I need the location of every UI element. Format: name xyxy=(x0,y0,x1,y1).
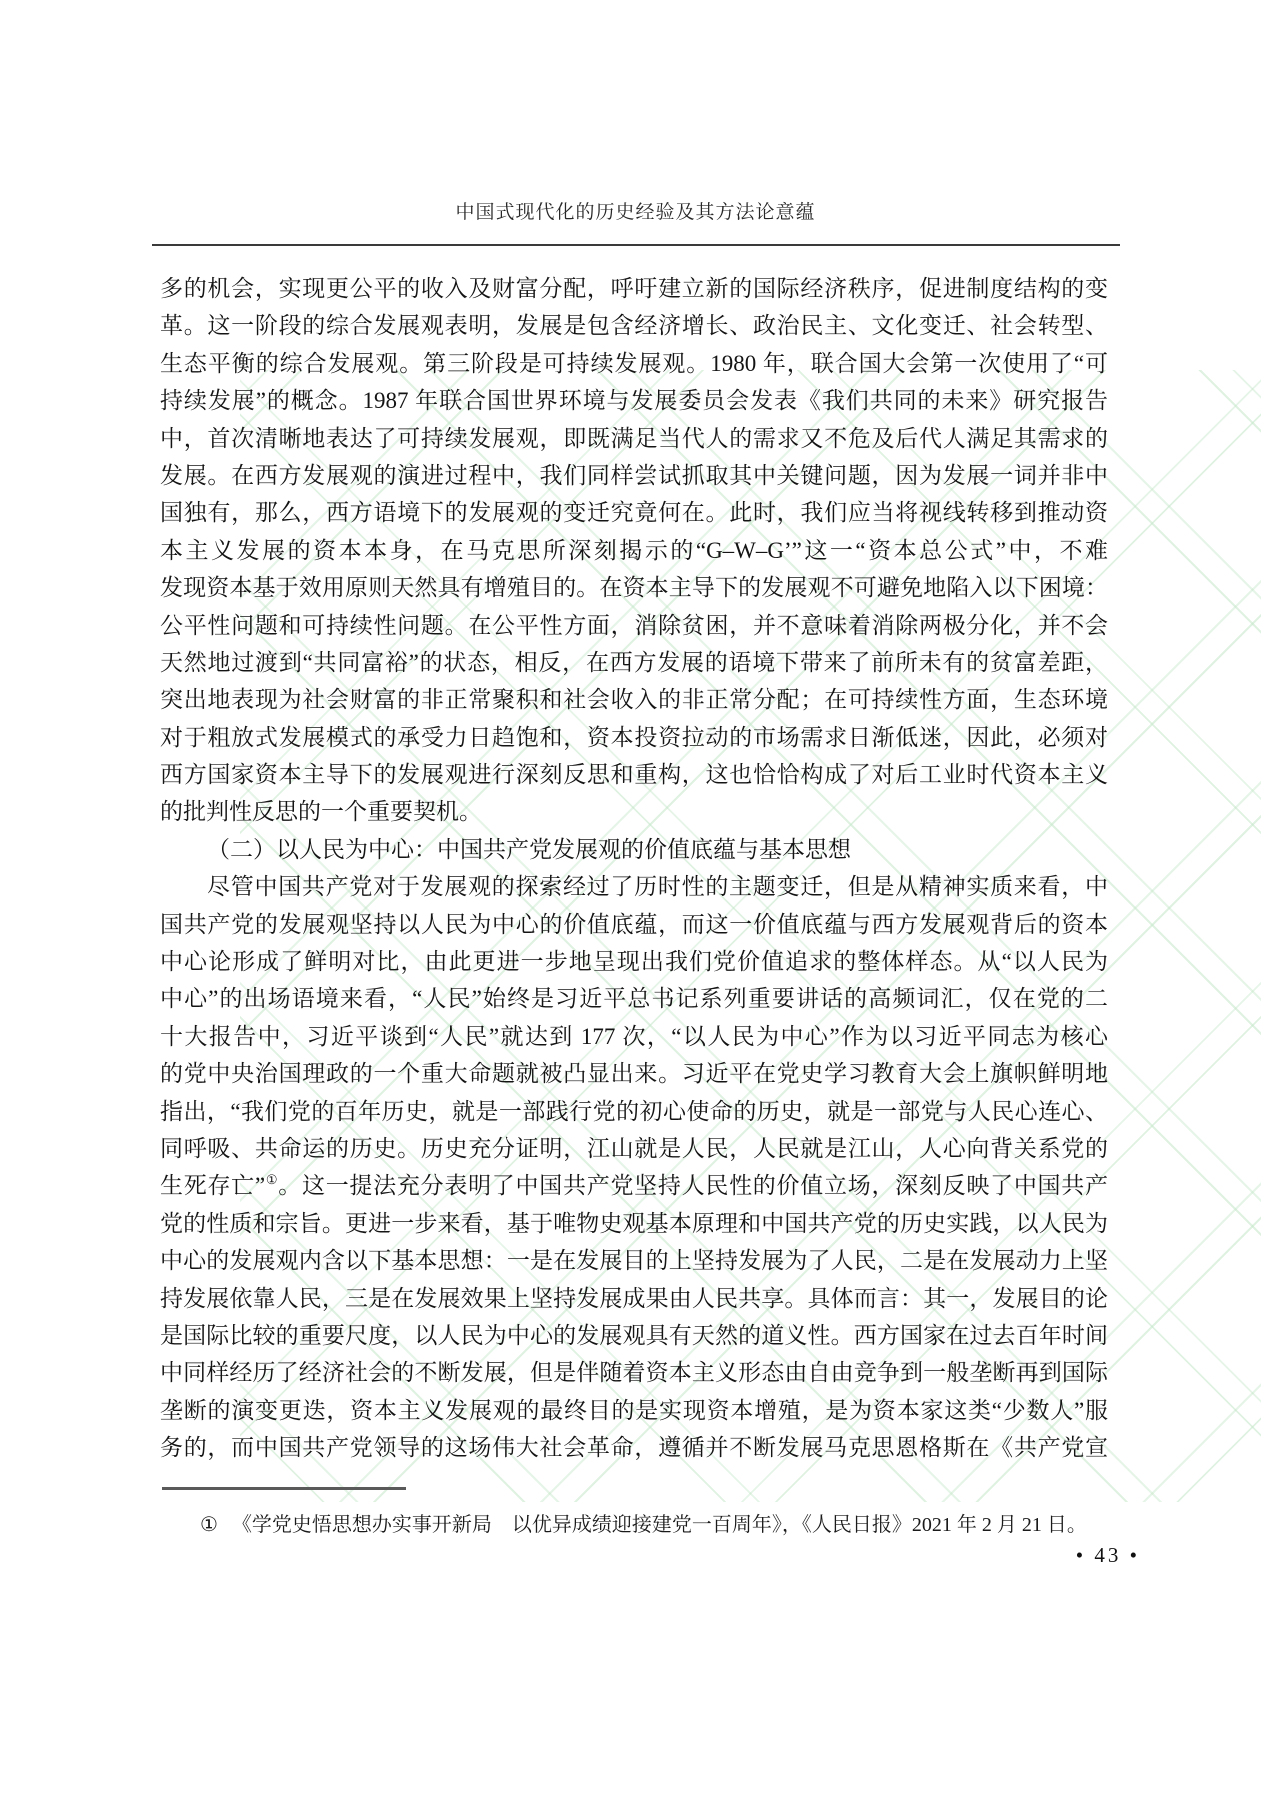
body-line: 尽管中国共产党对于发展观的探索经过了历时性的主题变迁，但是从精神实质来看，中 xyxy=(160,868,1108,905)
body-text: 多的机会，实现更公平的收入及财富分配，呼吁建立新的国际经济秩序，促进制度结构的变… xyxy=(160,270,1108,1467)
body-line: 垄断的演变更迭，资本主义发展观的最终目的是实现资本增殖，是为资本家这类“少数人”… xyxy=(160,1392,1108,1429)
body-line: 西方国家资本主导下的发展观进行深刻反思和重构，这也恰恰构成了对后工业时代资本主义 xyxy=(160,756,1108,793)
body-line: 生死存亡”①。这一提法充分表明了中国共产党坚持人民性的价值立场，深刻反映了中国共… xyxy=(160,1167,1108,1204)
running-title: 中国式现代化的历史经验及其方法论意蕴 xyxy=(0,200,1271,226)
body-line: 天然地过渡到“共同富裕”的状态，相反，在西方发展的语境下带来了前所未有的贫富差距… xyxy=(160,644,1108,681)
body-line: （二）以人民为中心：中国共产党发展观的价值底蕴与基本思想 xyxy=(160,831,1108,868)
body-line: 持续发展”的概念。1987 年联合国世界环境与发展委员会发表《我们共同的未来》研… xyxy=(160,382,1108,419)
body-line: 指出，“我们党的百年历史，就是一部践行党的初心使命的历史，就是一部党与人民心连心… xyxy=(160,1093,1108,1130)
header-rule xyxy=(152,244,1120,246)
body-line: 中，首次清晰地表达了可持续发展观，即既满足当代人的需求又不危及后代人满足其需求的 xyxy=(160,420,1108,457)
body-line: 中心的发展观内含以下基本思想：一是在发展目的上坚持发展为了人民，二是在发展动力上… xyxy=(160,1242,1108,1279)
footnote-text: 《学党史悟思想办实事开新局 以优异成绩迎接建党一百周年》，《人民日报》2021 … xyxy=(232,1514,1087,1536)
body-line: 务的，而中国共产党领导的这场伟大社会革命，遵循并不断发展马克思恩格斯在《共产党宣 xyxy=(160,1429,1108,1466)
body-line: 党的性质和宗旨。更进一步来看，基于唯物史观基本原理和中国共产党的历史实践，以人民… xyxy=(160,1205,1108,1242)
body-line: 的批判性反思的一个重要契机。 xyxy=(160,793,1108,830)
body-line: 中心论形成了鲜明对比，由此更进一步地呈现出我们党价值追求的整体样态。从“以人民为 xyxy=(160,943,1108,980)
document-page: 中国式现代化的历史经验及其方法论意蕴 多的机会，实现更公平的收入及财富分配，呼吁… xyxy=(0,0,1271,1797)
body-line: 多的机会，实现更公平的收入及财富分配，呼吁建立新的国际经济秩序，促进制度结构的变 xyxy=(160,270,1108,307)
body-line: 中同样经历了经济社会的不断发展，但是伴随着资本主义形态由自由竞争到一般垄断再到国… xyxy=(160,1354,1108,1391)
body-line: 的党中央治国理政的一个重大命题就被凸显出来。习近平在党史学习教育大会上旗帜鲜明地 xyxy=(160,1055,1108,1092)
body-line: 中心”的出场语境来看，“人民”始终是习近平总书记系列重要讲话的高频词汇，仅在党的… xyxy=(160,980,1108,1017)
body-line: 发现资本基于效用原则天然具有增殖目的。在资本主导下的发展观不可避免地陷入以下困境… xyxy=(160,569,1108,606)
body-line: 十大报告中，习近平谈到“人民”就达到 177 次，“以人民为中心”作为以习近平同… xyxy=(160,1018,1108,1055)
body-line: 生态平衡的综合发展观。第三阶段是可持续发展观。1980 年，联合国大会第一次使用… xyxy=(160,345,1108,382)
body-line: 同呼吸、共命运的历史。历史充分证明，江山就是人民，人民就是江山，人心向背关系党的 xyxy=(160,1130,1108,1167)
body-line: 持发展依靠人民，三是在发展效果上坚持发展成果由人民共享。具体而言：其一，发展目的… xyxy=(160,1280,1108,1317)
body-line: 革。这一阶段的综合发展观表明，发展是包含经济增长、政治民主、文化变迁、社会转型、 xyxy=(160,307,1108,344)
page-number: • 43 • xyxy=(1076,1543,1140,1568)
footnote-marker: ① xyxy=(200,1514,218,1536)
footnote-separator-rule xyxy=(162,1487,406,1490)
body-line: 突出地表现为社会财富的非正常聚积和社会收入的非正常分配；在可持续性方面，生态环境 xyxy=(160,681,1108,718)
body-line: 发展。在西方发展观的演进过程中，我们同样尝试抓取其中关键问题，因为发展一词并非中 xyxy=(160,457,1108,494)
body-line: 本主义发展的资本本身，在马克思所深刻揭示的“G–W–G’”这一“资本总公式”中，… xyxy=(160,532,1108,569)
body-line: 国独有，那么，西方语境下的发展观的变迁究竟何在。此时，我们应当将视线转移到推动资 xyxy=(160,494,1108,531)
body-line: 公平性问题和可持续性问题。在公平性方面，消除贫困，并不意味着消除两极分化，并不会 xyxy=(160,607,1108,644)
footnote: ①《学党史悟思想办实事开新局 以优异成绩迎接建党一百周年》，《人民日报》2021… xyxy=(160,1510,1108,1540)
body-line: 是国际比较的重要尺度，以人民为中心的发展观具有天然的道义性。西方国家在过去百年时… xyxy=(160,1317,1108,1354)
body-line: 国共产党的发展观坚持以人民为中心的价值底蕴，而这一价值底蕴与西方发展观背后的资本 xyxy=(160,906,1108,943)
body-line: 对于粗放式发展模式的承受力日趋饱和，资本投资拉动的市场需求日渐低迷，因此，必须对 xyxy=(160,719,1108,756)
